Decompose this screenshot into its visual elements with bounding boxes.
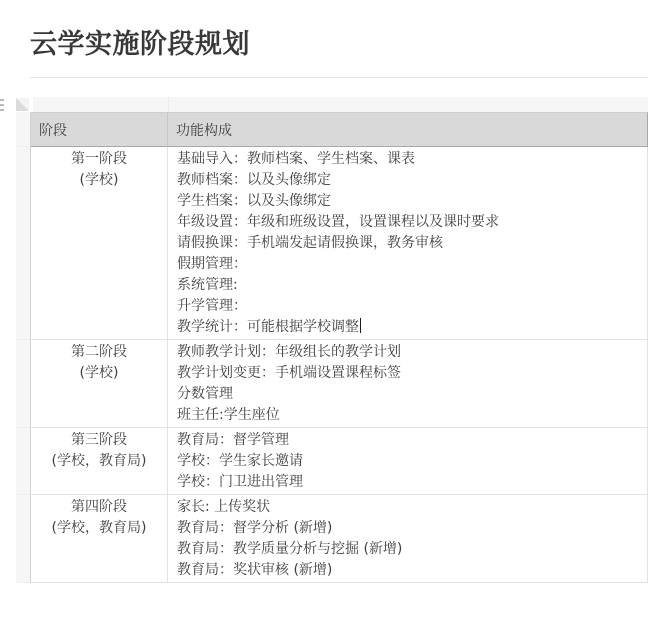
feature-line: 学生档案：以及头像绑定 <box>177 193 331 209</box>
feature-line: 教学统计：可能根据学校调整 <box>177 319 359 335</box>
header-cell-phase[interactable]: 阶段 <box>31 112 168 147</box>
phase-cell[interactable]: 第四阶段(学校，教育局) <box>31 495 168 583</box>
feature-line: 家长: 上传奖状 <box>177 499 270 515</box>
phase-label: 第四阶段 <box>71 499 127 515</box>
row-selector-strip[interactable] <box>16 495 31 583</box>
phase-label: 第三阶段 <box>71 432 127 448</box>
feature-line: 年级设置：年级和班级设置，设置课程以及课时要求 <box>177 214 499 230</box>
phase-label: 第一阶段 <box>71 151 127 167</box>
column-selector-strip[interactable] <box>33 97 648 112</box>
row-selector-strip[interactable] <box>16 340 31 428</box>
phase-label: 第二阶段 <box>71 344 127 360</box>
row-selector-strip[interactable] <box>16 147 31 340</box>
block-drag-handle-icon[interactable] <box>0 99 4 113</box>
text-cursor <box>360 318 361 333</box>
phase-scope-label: (学校) <box>80 365 119 381</box>
phase-scope-label: (学校) <box>80 172 119 188</box>
table-select-corner[interactable] <box>16 97 31 112</box>
column-divider <box>168 97 169 112</box>
feature-line: 教师档案：以及头像绑定 <box>177 172 331 188</box>
feature-line: 学校：学生家长邀请 <box>177 453 303 469</box>
title-divider <box>30 77 648 78</box>
feature-line: 教育局：奖状审核 (新增) <box>177 562 332 578</box>
drag-handle-bar <box>0 104 4 106</box>
feature-line: 教育局：督学管理 <box>177 432 289 448</box>
feature-line: 升学管理： <box>177 298 247 314</box>
feature-line: 学校：门卫进出管理 <box>177 474 303 490</box>
phase-cell[interactable]: 第三阶段(学校，教育局) <box>31 428 168 495</box>
phase-table: 阶段 功能构成 第一阶段(学校)基础导入：教师档案、学生档案、课表教师档案：以及… <box>16 97 648 583</box>
phase-cell[interactable]: 第二阶段(学校) <box>31 340 168 428</box>
drag-handle-bar <box>0 99 4 101</box>
drag-handle-bar <box>0 109 4 111</box>
feature-line: 基础导入：教师档案、学生档案、课表 <box>177 151 415 167</box>
header-label: 阶段 <box>39 123 67 139</box>
feature-line: 请假换课：手机端发起请假换课，教务审核 <box>177 235 443 251</box>
document-page: 云学实施阶段规划 阶段 功能构成 第一阶段(学校)基础导入：教师档案、学生档案、… <box>0 0 669 633</box>
feature-line: 教学计划变更：手机端设置课程标签 <box>177 365 401 381</box>
header-cell-features[interactable]: 功能构成 <box>168 112 648 147</box>
feature-line: 系统管理: <box>177 277 238 293</box>
feature-line: 假期管理： <box>177 256 247 272</box>
feature-line: 班主任:学生座位 <box>177 407 280 423</box>
page-title[interactable]: 云学实施阶段规划 <box>30 22 648 61</box>
phase-cell[interactable]: 第一阶段(学校) <box>31 147 168 340</box>
feature-line: 教师教学计划：年级组长的教学计划 <box>177 344 401 360</box>
table-select-triangle-icon <box>16 98 29 111</box>
row-selector-strip[interactable] <box>16 428 31 495</box>
phase-scope-label: (学校，教育局) <box>52 520 147 536</box>
feature-line: 分数管理 <box>177 386 233 402</box>
header-label: 功能构成 <box>176 123 232 139</box>
features-cell[interactable]: 家长: 上传奖状教育局：督学分析 (新增)教育局：教学质量分析与挖掘 (新增)教… <box>168 495 648 583</box>
row-selector-strip[interactable] <box>16 112 31 147</box>
features-cell[interactable]: 基础导入：教师档案、学生档案、课表教师档案：以及头像绑定学生档案：以及头像绑定年… <box>168 147 648 340</box>
phase-scope-label: (学校，教育局) <box>52 453 147 469</box>
feature-line: 教育局：教学质量分析与挖掘 (新增) <box>177 541 402 557</box>
features-cell[interactable]: 教师教学计划：年级组长的教学计划教学计划变更：手机端设置课程标签分数管理班主任:… <box>168 340 648 428</box>
features-cell[interactable]: 教育局：督学管理学校：学生家长邀请学校：门卫进出管理 <box>168 428 648 495</box>
feature-line: 教育局：督学分析 (新增) <box>177 520 332 536</box>
